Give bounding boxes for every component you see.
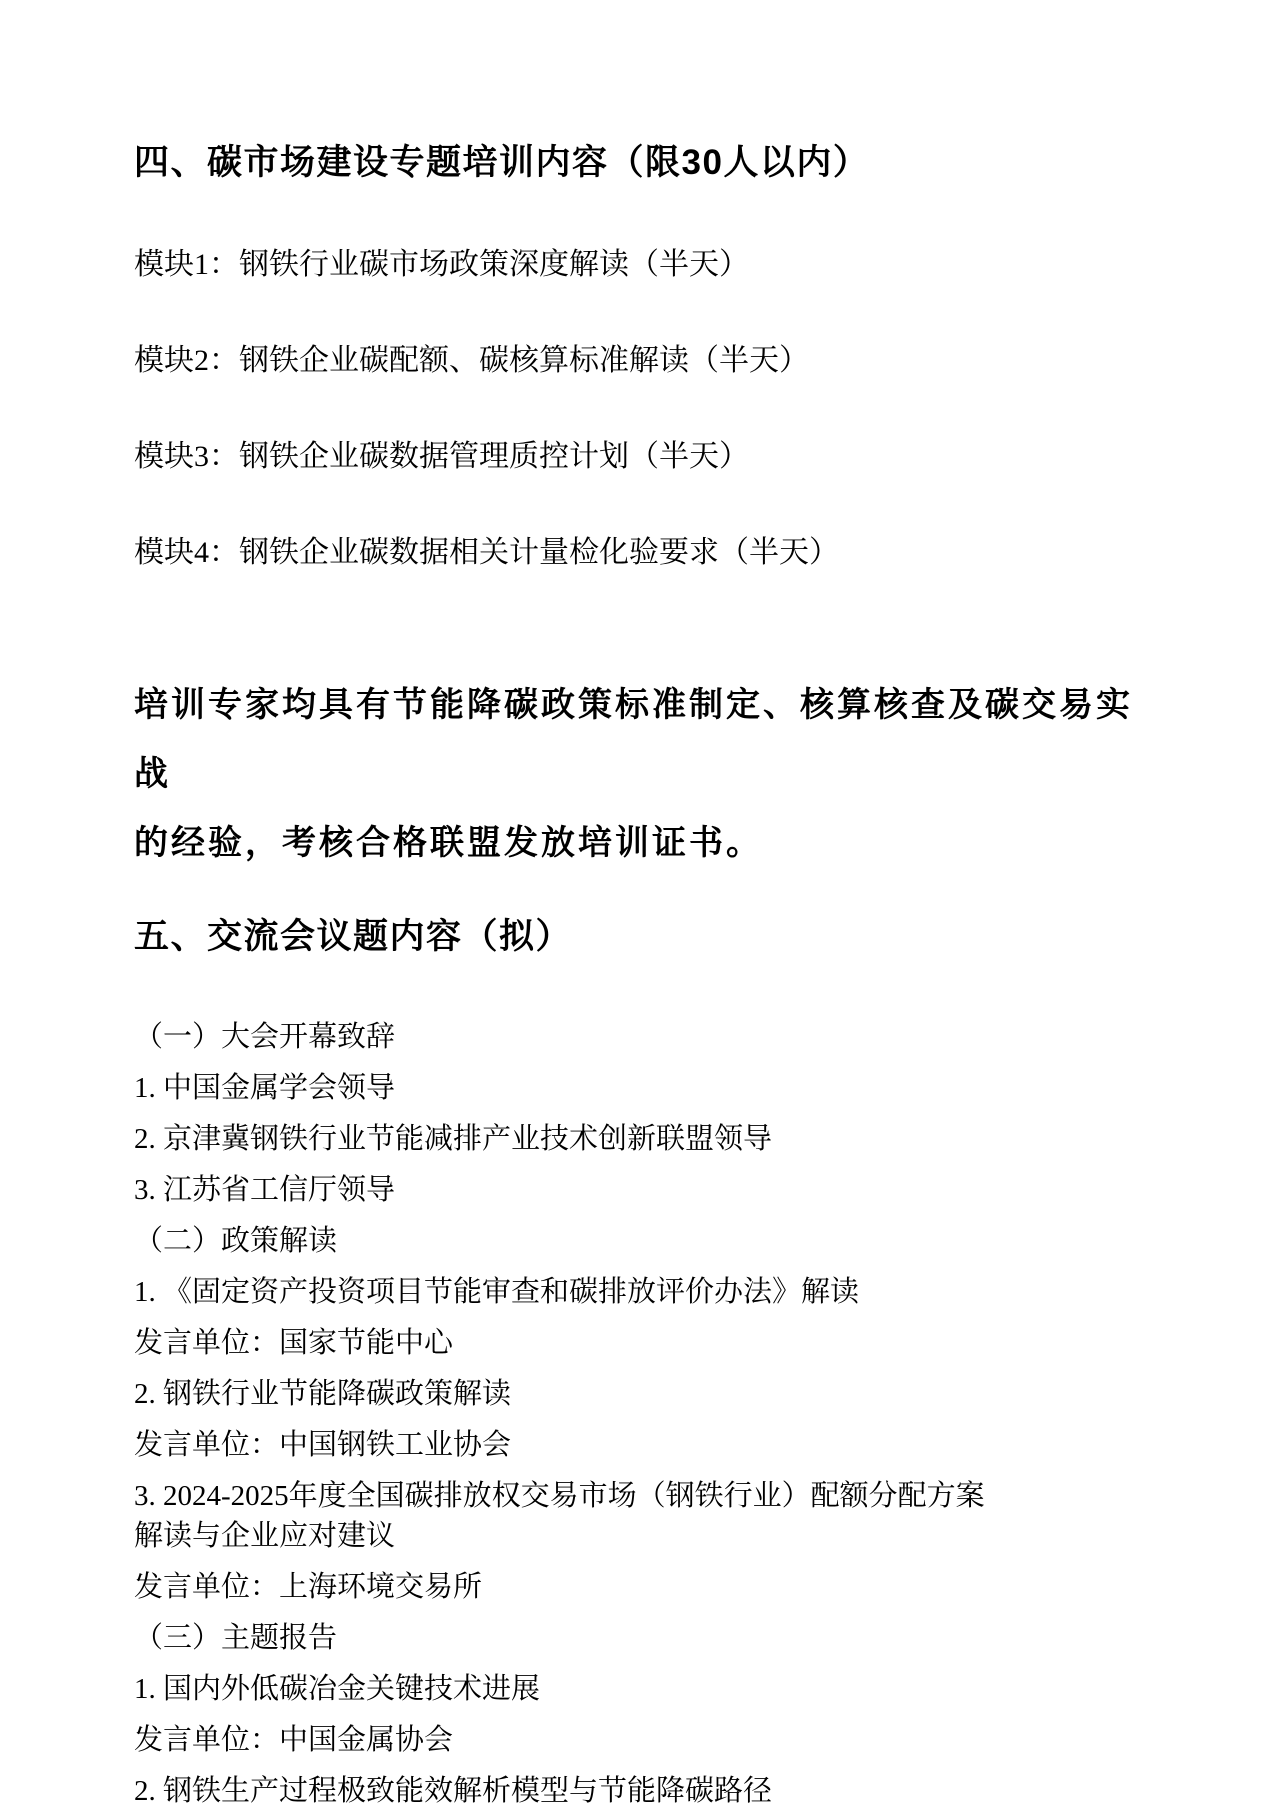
agenda-item: 发言单位：中国金属协会 — [134, 1720, 1160, 1760]
agenda-item: 2. 钢铁生产过程极致能效解析模型与节能降碳路径 — [134, 1771, 1160, 1809]
agenda-item: （一）大会开幕致辞 — [134, 1017, 1160, 1057]
agenda-item: （三）主题报告 — [134, 1618, 1160, 1658]
training-module-2: 模块2：钢铁企业碳配额、碳核算标准解读（半天） — [134, 339, 1160, 383]
training-note: 培训专家均具有节能降碳政策标准制定、核算核查及碳交易实战 的经验，考核合格联盟发… — [134, 671, 1160, 878]
training-module-1: 模块1：钢铁行业碳市场政策深度解读（半天） — [134, 243, 1160, 287]
agenda-item: 发言单位：国家节能中心 — [134, 1323, 1160, 1363]
document-page: 四、碳市场建设专题培训内容（限30人以内） 模块1：钢铁行业碳市场政策深度解读（… — [0, 0, 1280, 1809]
agenda-item: 2. 京津冀钢铁行业节能减排产业技术创新联盟领导 — [134, 1119, 1160, 1159]
agenda-item: 1. 中国金属学会领导 — [134, 1068, 1160, 1108]
agenda-item: 发言单位：上海环境交易所 — [134, 1567, 1160, 1607]
agenda-item: （二）政策解读 — [134, 1221, 1160, 1261]
agenda-item: 3. 江苏省工信厅领导 — [134, 1170, 1160, 1210]
agenda-item: 1. 《固定资产投资项目节能审查和碳排放评价办法》解读 — [134, 1272, 1160, 1312]
agenda-list: （一）大会开幕致辞 1. 中国金属学会领导 2. 京津冀钢铁行业节能减排产业技术… — [134, 1017, 1160, 1809]
section-training-heading: 四、碳市场建设专题培训内容（限30人以内） — [134, 140, 1160, 185]
section-agenda-heading: 五、交流会议题内容（拟） — [134, 914, 1160, 959]
agenda-item: 3. 2024-2025年度全国碳排放权交易市场（钢铁行业）配额分配方案 解读与… — [134, 1476, 1160, 1556]
training-module-3: 模块3：钢铁企业碳数据管理质控计划（半天） — [134, 435, 1160, 479]
agenda-item: 发言单位：中国钢铁工业协会 — [134, 1425, 1160, 1465]
agenda-item: 1. 国内外低碳冶金关键技术进展 — [134, 1669, 1160, 1709]
training-module-4: 模块4：钢铁企业碳数据相关计量检化验要求（半天） — [134, 531, 1160, 575]
agenda-item: 2. 钢铁行业节能降碳政策解读 — [134, 1374, 1160, 1414]
